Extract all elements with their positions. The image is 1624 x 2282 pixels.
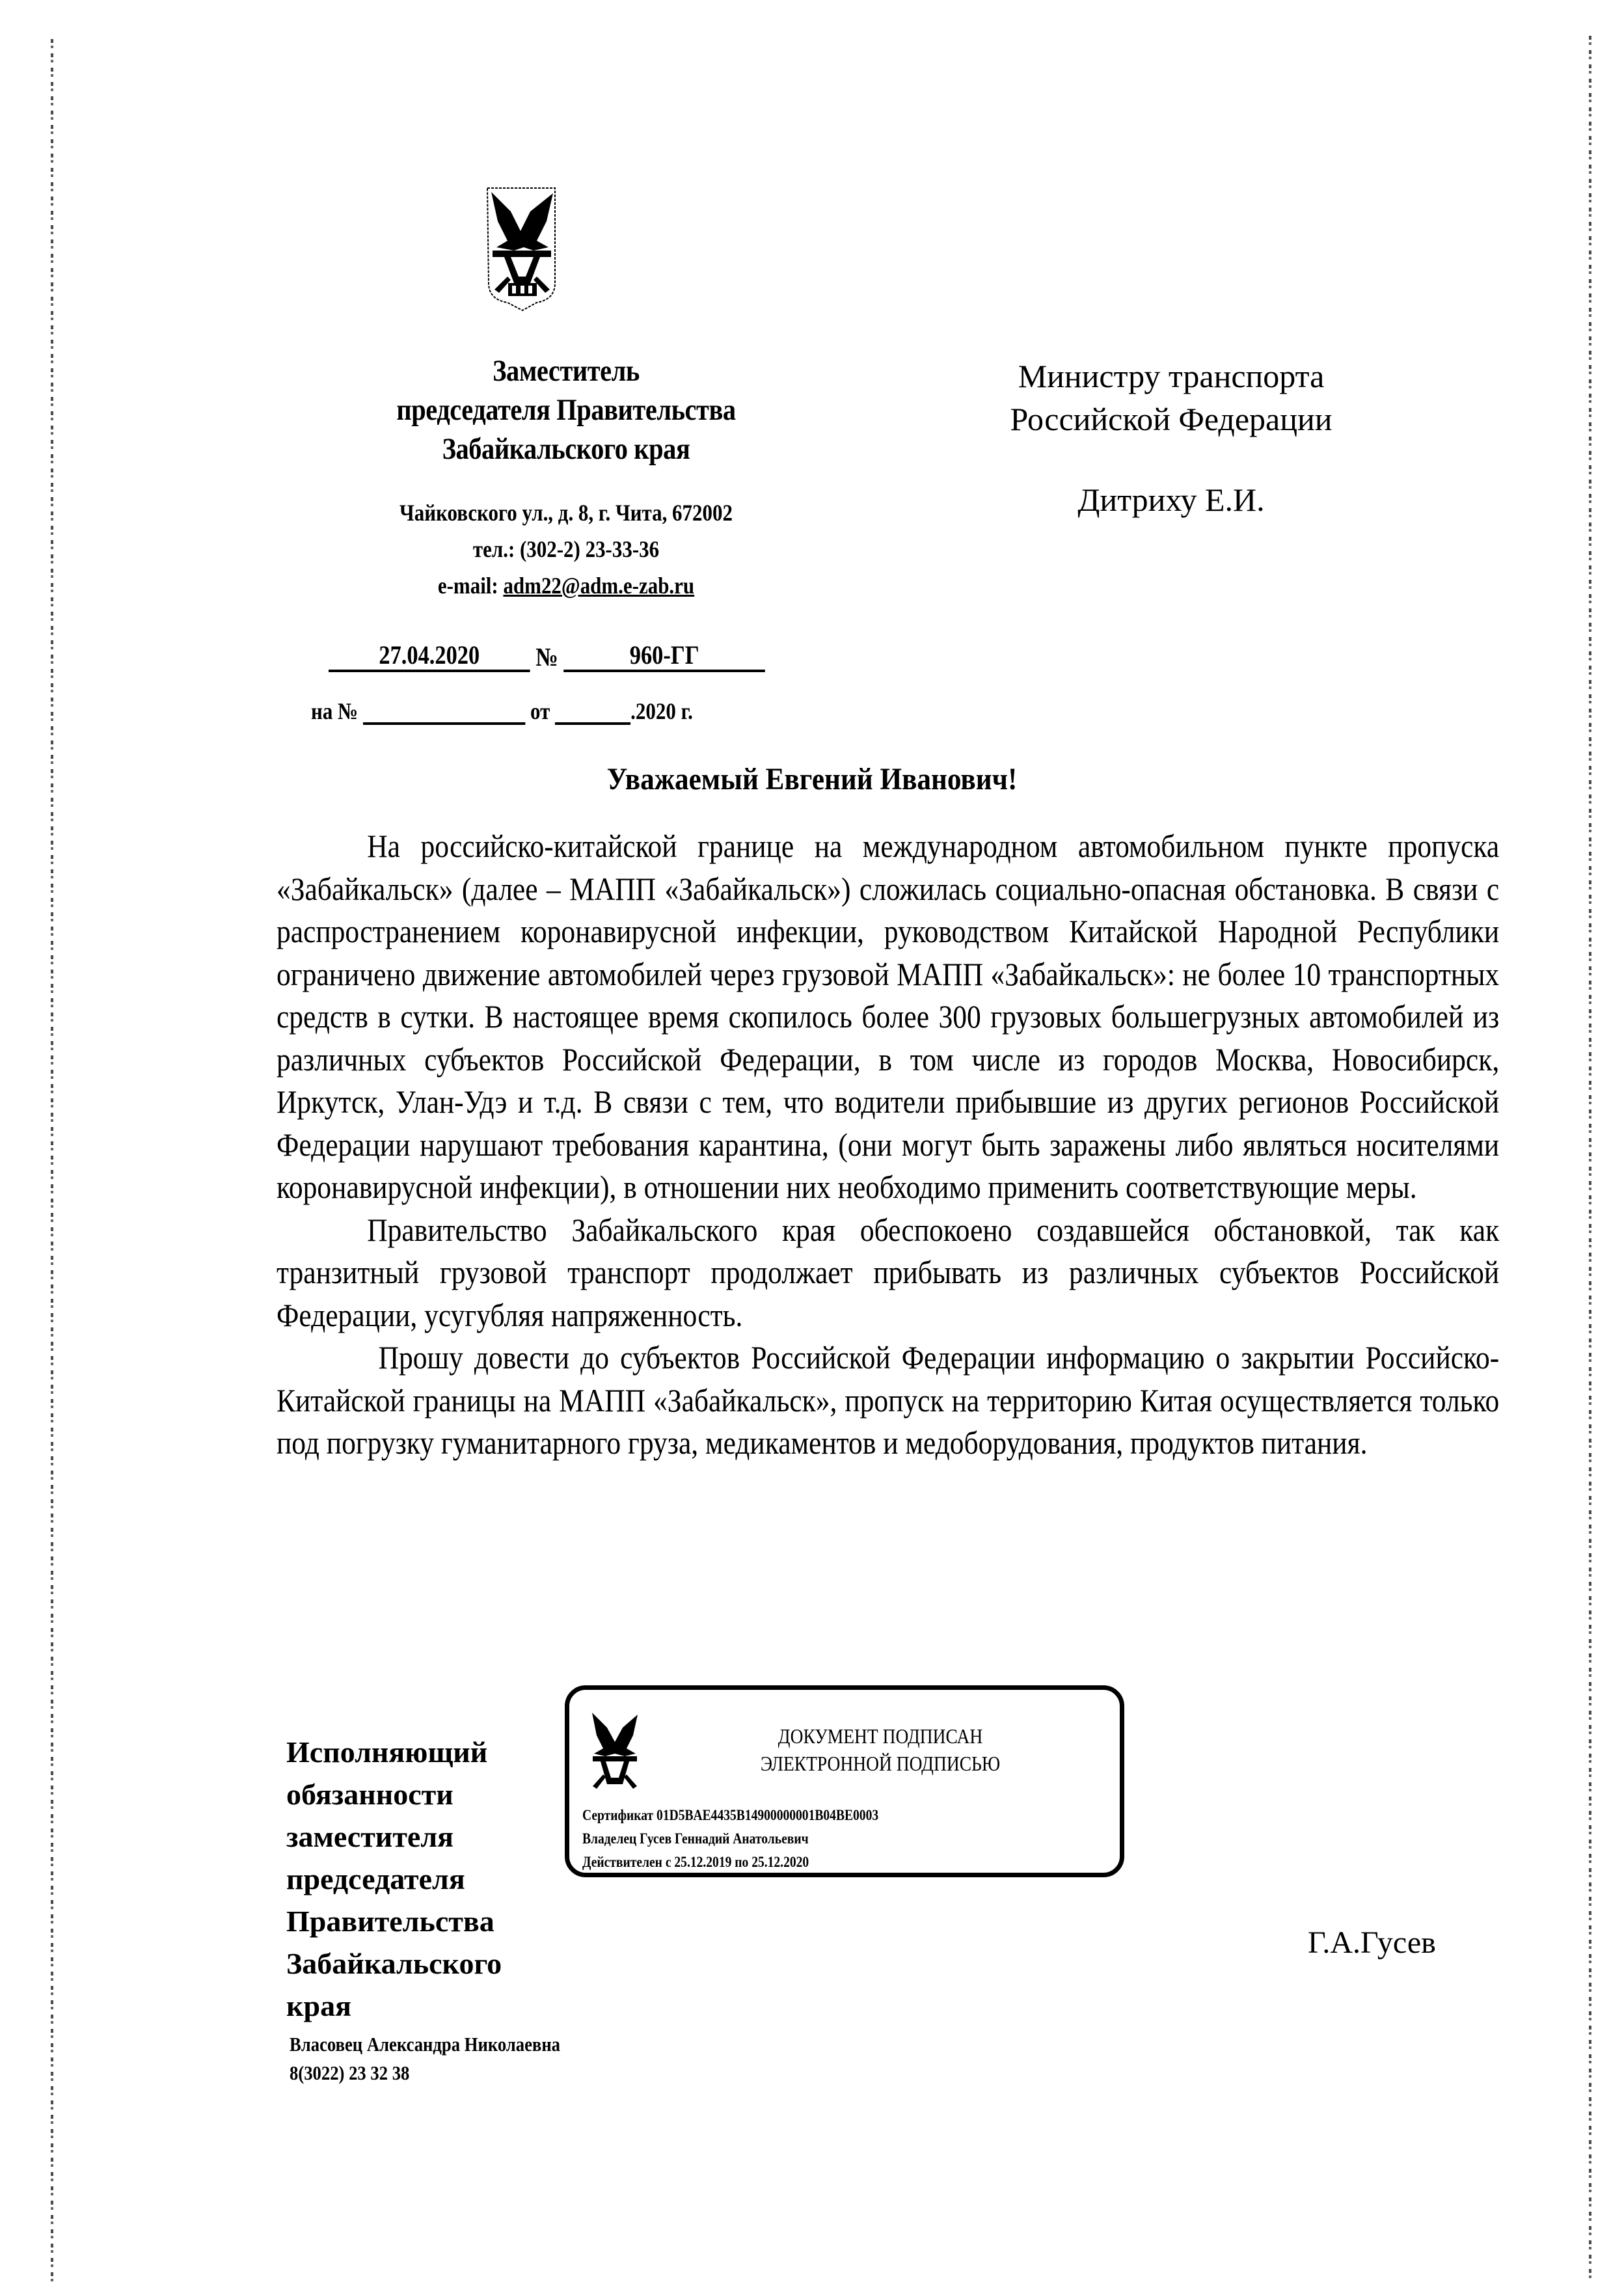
stamp-emblem-icon — [589, 1709, 641, 1794]
scan-edge-right — [1589, 36, 1591, 2282]
executor-phone: 8(3022) 23 32 38 — [290, 2059, 560, 2087]
stamp-details: Сертификат 01D5BAE4435B14900000001B04BE0… — [582, 1804, 878, 1874]
stamp-owner: Владелец Гусев Геннадий Анатольевич — [582, 1827, 878, 1851]
number-label: № — [535, 642, 558, 672]
letter-body: На российско-китайской границе на междун… — [277, 825, 1499, 1465]
registration-date: 27.04.2020 — [329, 640, 530, 672]
sender-title: Заместитель председателя Правительства З… — [320, 351, 813, 469]
recipient-name: Дитриху Е.И. — [963, 478, 1379, 521]
recipient-block: Министру транспорта Российской Федерации… — [963, 355, 1379, 521]
sender-phone: тел.: (302-2) 23-33-36 — [320, 531, 813, 567]
sender-contacts: Чайковского ул., д. 8, г. Чита, 672002 т… — [320, 495, 813, 604]
sender-block: Заместитель председателя Правительства З… — [280, 351, 852, 604]
body-paragraph: Правительство Забайкальского края обеспо… — [277, 1209, 1499, 1337]
stamp-validity: Действителен с 25.12.2019 по 25.12.2020 — [582, 1851, 878, 1874]
registration-number: 960-ГГ — [563, 640, 765, 672]
sender-email: e-mail: adm22@adm.e-zab.ru — [320, 567, 813, 604]
executor-name: Власовец Александра Николаевна — [290, 2030, 560, 2059]
signatory-position: Исполняющий обязанности заместителя пред… — [286, 1731, 502, 2027]
coat-of-arms-icon — [485, 185, 560, 316]
registration-line: 27.04.2020 № 960-ГГ — [329, 640, 765, 672]
reply-date-field — [555, 699, 630, 725]
stamp-certificate: Сертификат 01D5BAE4435B14900000001B04BE0… — [582, 1804, 878, 1827]
body-paragraph: Прошу довести до субъектов Российской Фе… — [277, 1337, 1499, 1465]
body-paragraph: На российско-китайской границе на междун… — [277, 825, 1499, 1209]
sender-address: Чайковского ул., д. 8, г. Чита, 672002 — [320, 495, 813, 531]
electronic-signature-stamp: ДОКУМЕНТ ПОДПИСАН ЭЛЕКТРОННОЙ ПОДПИСЬЮ С… — [565, 1685, 1124, 1877]
scan-edge-left — [51, 39, 53, 2282]
salutation: Уважаемый Евгений Иванович! — [81, 761, 1543, 797]
signer-name: Г.А.Гусев — [1308, 1925, 1436, 1961]
reply-reference-line: на № от .2020 г. — [311, 698, 693, 725]
stamp-title: ДОКУМЕНТ ПОДПИСАН ЭЛЕКТРОННОЙ ПОДПИСЬЮ — [697, 1722, 1064, 1777]
executor-block: Власовец Александра Николаевна 8(3022) 2… — [290, 2030, 560, 2087]
reply-number-field — [363, 699, 525, 725]
email-link[interactable]: adm22@adm.e-zab.ru — [503, 573, 694, 599]
